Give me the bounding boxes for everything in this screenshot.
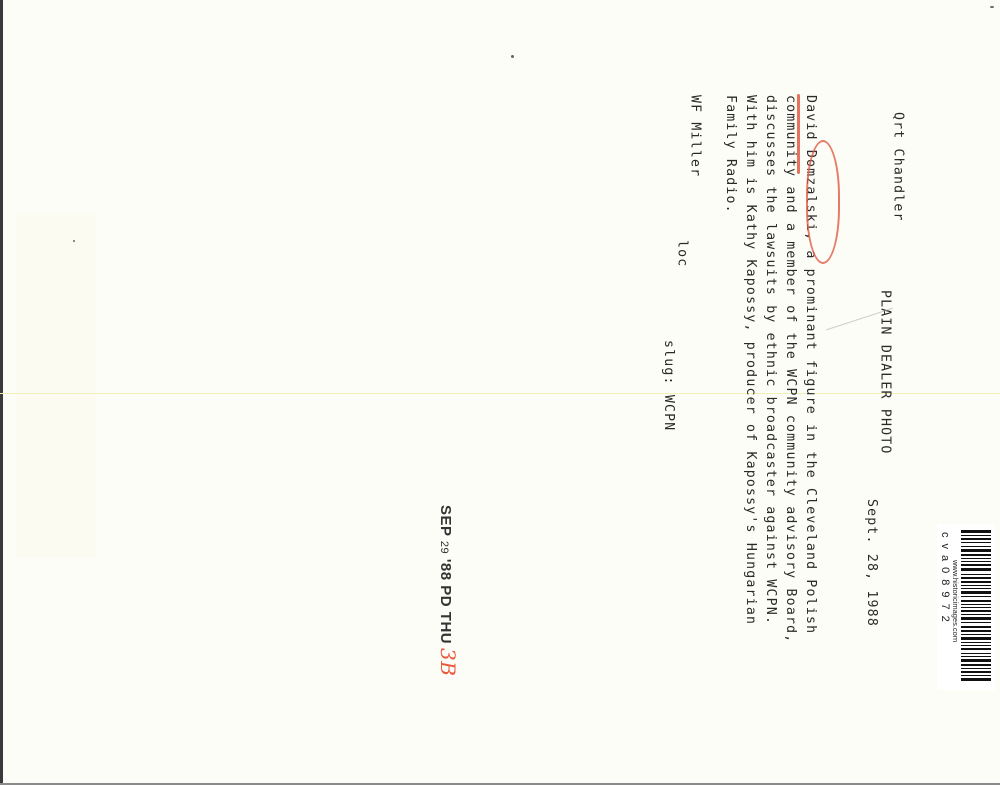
caption-line: Family Radio. [720,95,740,643]
fold-line [0,393,1000,394]
caption-line: With him is Kathy Kapossy, producer of K… [740,95,760,643]
stray-ink-dot [990,6,994,8]
barcode-icon [961,530,991,682]
stray-ink-dot [73,240,75,242]
stamp-month: SEP [437,505,454,536]
header-photographer: Qrt Chandler [891,112,904,222]
credit-location: loc [675,240,688,267]
header-line: Qrt Chandler PLAIN DEALER PHOTO Sept. 28… [865,94,918,222]
stamp-day: 29 [438,541,450,554]
barcode-website: www.historicimages.com [951,560,960,642]
header-date: Sept. 28, 1988 [865,499,878,627]
stamp-paper: PD [437,585,454,607]
stray-ink-dot [511,55,514,58]
caption-line: community and a member of the WCPN commu… [780,95,800,643]
caption-line: discusses the lawsuits by ethnic broadca… [760,95,780,643]
caption-body: David Domzalski, a prominant figure in t… [720,95,820,643]
faint-paper-discoloration [16,213,96,558]
credit-line: WF Miller loc slug: WCPN [662,95,715,113]
stamp-year: '88 [437,559,454,581]
red-pen-underline [797,94,800,174]
date-stamp: SEP 29 '88 PD THU3B [436,505,460,677]
credit-slug: slug: WCPN [662,340,675,431]
stamp-handwritten-number: 3B [436,648,460,676]
barcode-code: cva08972 [939,532,951,628]
red-pen-circle-name [806,140,840,264]
credit-photographer: WF Miller [688,95,701,177]
barcode-sticker: cva08972 www.historicimages.com [937,524,995,690]
stamp-weekday: THU [437,612,454,644]
